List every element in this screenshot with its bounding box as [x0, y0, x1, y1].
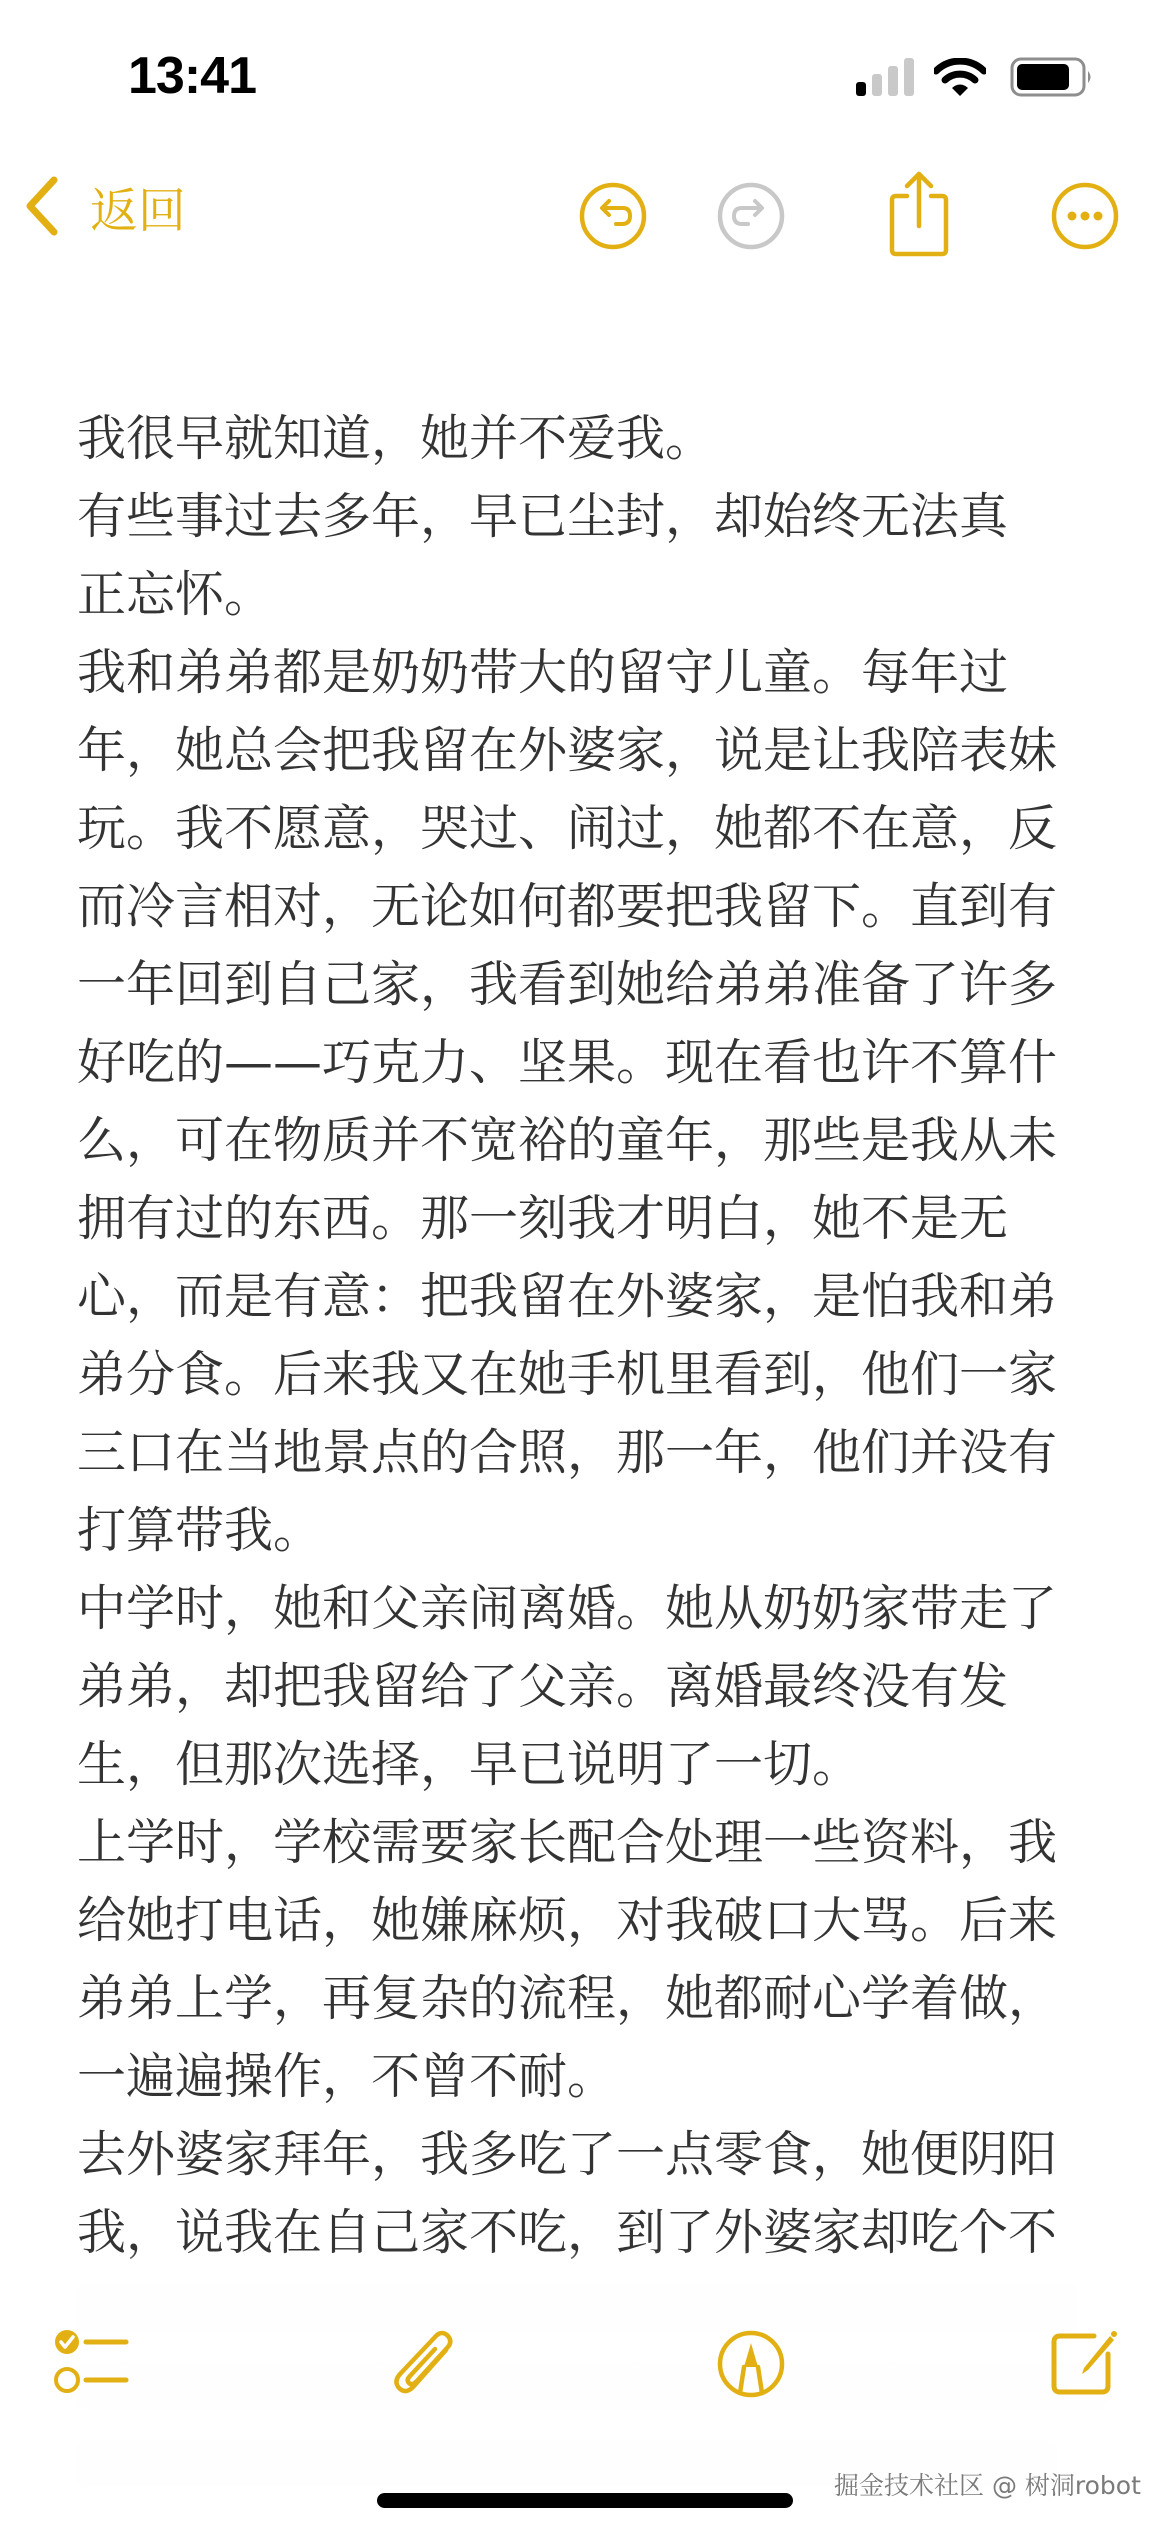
markup-pen-icon	[720, 2333, 782, 2395]
note-line: 三口在当地景点的合照，那一年，他们并没有	[77, 1414, 1117, 1492]
undo-button[interactable]	[578, 181, 648, 251]
note-line: 给她打电话，她嫌麻烦，对我破口大骂。后来	[77, 1882, 1117, 1960]
note-line: 年，她总会把我留在外婆家，说是让我陪表妹	[77, 712, 1117, 790]
back-button[interactable]: 返回	[20, 170, 186, 242]
status-time: 13:41	[128, 46, 256, 106]
note-line: 生，但那次选择，早已说明了一切。	[77, 1726, 1117, 1804]
checklist-button[interactable]	[54, 2328, 130, 2400]
battery-icon	[1010, 57, 1094, 97]
note-line: 而冷言相对，无论如何都要把我留下。直到有	[77, 868, 1117, 946]
note-line: 上学时，学校需要家长配合处理一些资料，我	[77, 1804, 1117, 1882]
more-icon	[1054, 185, 1116, 247]
note-line: 弟弟，却把我留给了父亲。离婚最终没有发	[77, 1648, 1117, 1726]
cellular-signal-icon	[856, 58, 916, 96]
watermark: 掘金技术社区 @ 树洞robot	[834, 2466, 1141, 2502]
chevron-left-icon	[20, 174, 64, 238]
compose-button[interactable]	[1048, 2328, 1120, 2398]
note-line: 有些事过去多年，早已尘封，却始终无法真	[77, 478, 1117, 556]
note-line: 打算带我。	[77, 1492, 1117, 1570]
compose-icon	[1054, 2331, 1117, 2392]
note-line: 么，可在物质并不宽裕的童年，那些是我从未	[77, 1102, 1117, 1180]
share-button[interactable]	[884, 170, 954, 260]
note-line: 拥有过的东西。那一刻我才明白，她不是无	[77, 1180, 1117, 1258]
markup-button[interactable]	[716, 2329, 786, 2399]
redo-button[interactable]	[716, 181, 786, 251]
attach-button[interactable]	[390, 2328, 458, 2402]
more-button[interactable]	[1050, 181, 1120, 251]
note-line: 一年回到自己家，我看到她给弟弟准备了许多	[77, 946, 1117, 1024]
note-line: 弟弟上学，再复杂的流程，她都耐心学着做，	[77, 1960, 1117, 2038]
share-icon	[892, 174, 946, 254]
note-line: 玩。我不愿意，哭过、闹过，她都不在意，反	[77, 790, 1117, 868]
note-line: 我和弟弟都是奶奶带大的留守儿童。每年过	[77, 634, 1117, 712]
back-label: 返回	[90, 172, 186, 241]
undo-icon	[582, 185, 644, 247]
paperclip-icon	[396, 2333, 450, 2391]
note-body[interactable]: 我很早就知道，她并不爱我。 有些事过去多年，早已尘封，却始终无法真 正忘怀。 我…	[77, 400, 1117, 2272]
home-indicator[interactable]	[377, 2493, 793, 2508]
note-line: 弟分食。后来我又在她手机里看到，他们一家	[77, 1336, 1117, 1414]
note-line: 正忘怀。	[77, 556, 1117, 634]
note-line: 去外婆家拜年，我多吃了一点零食，她便阴阳	[77, 2116, 1117, 2194]
wifi-icon	[934, 58, 986, 96]
checklist-icon	[55, 2330, 126, 2391]
note-line: 中学时，她和父亲闹离婚。她从奶奶家带走了	[77, 1570, 1117, 1648]
note-line: 好吃的——巧克力、坚果。现在看也许不算什	[77, 1024, 1117, 1102]
note-line: 心，而是有意：把我留在外婆家，是怕我和弟	[77, 1258, 1117, 1336]
redo-icon	[720, 185, 782, 247]
note-line: 我很早就知道，她并不爱我。	[77, 400, 1117, 478]
note-line: 一遍遍操作，不曾不耐。	[77, 2038, 1117, 2116]
